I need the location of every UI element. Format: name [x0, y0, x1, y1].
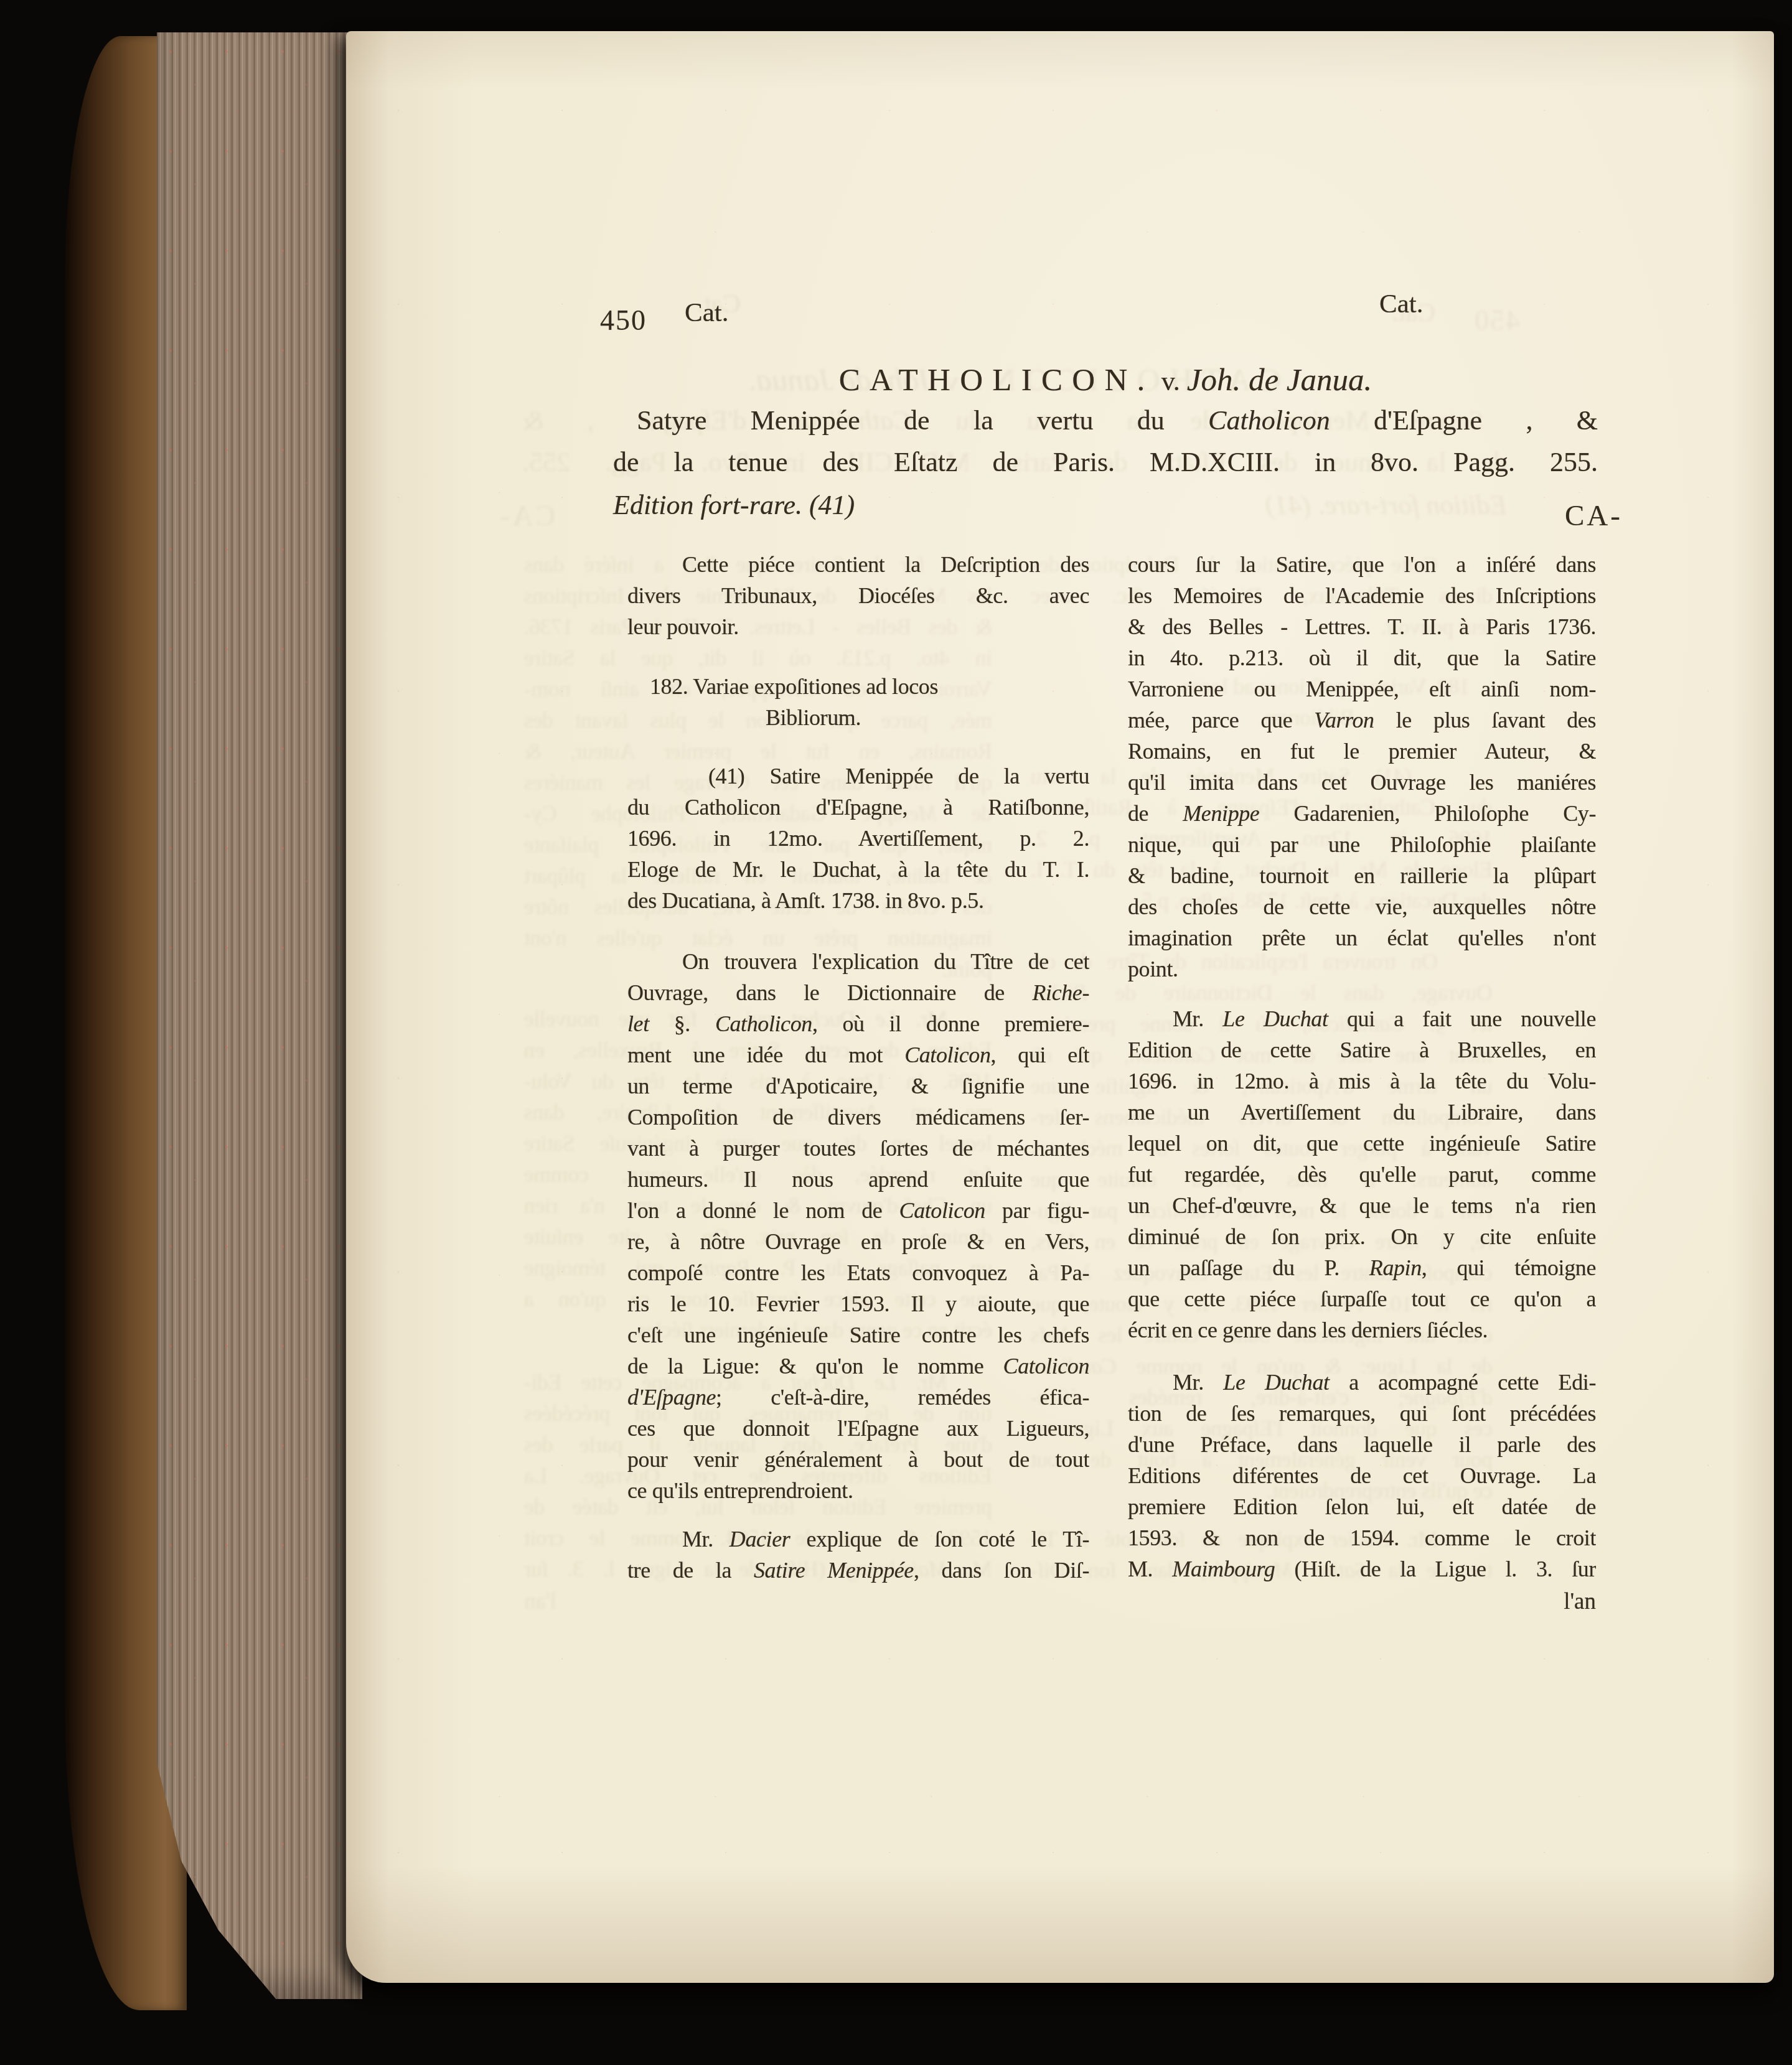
text-segment: les Memoires de l'Academie des Inſcripti… — [1128, 583, 1596, 608]
text-line: de la Ligue: & qu'on le nomme Catolicon — [627, 1351, 1089, 1382]
text-segment: Maimbourg — [1172, 1557, 1275, 1581]
text-segment: mée, parce que — [1128, 708, 1314, 733]
text-segment: le plus ſavant des — [1374, 708, 1596, 733]
text-segment: que cette piéce ſurpaſſe tout ce qu'on a — [1128, 1286, 1596, 1311]
text-segment: Varroniene ou Menippée, eſt ainſi nom- — [1128, 677, 1596, 701]
text-segment: vant à purger toutes ſortes de méchantes — [627, 1136, 1089, 1161]
book-page: 450 Cat. Cat. CATHOLICON. v. Joh. de Jan… — [346, 31, 1774, 1983]
text-segment: du Catholicon d'Eſpagne, à Ratiſbonne, — [627, 795, 1089, 820]
text-line: Mr. Le Duchat qui a fait une nouvelle — [1128, 1003, 1596, 1034]
text-segment: Mr. — [1173, 1370, 1223, 1395]
text-segment: explique de ſon coté le Tî- — [790, 1527, 1089, 1552]
text-line: un terme d'Apoticaire, & ſignifie une — [627, 1070, 1089, 1102]
text-segment: in 4to. p.213. où il dit, que la Satire — [1128, 645, 1596, 670]
text-line: On trouvera l'explication du Tître de ce… — [627, 946, 1089, 977]
text-segment: Joh. de Janua. — [1187, 363, 1372, 398]
text-segment: c'eſt une ingénieuſe Satire contre les c… — [627, 1323, 1089, 1347]
text-segment: CATHOLICON. — [839, 363, 1155, 398]
text-line: ce qu'ils entreprendroient. — [627, 1475, 1089, 1506]
text-segment: point. — [1128, 957, 1178, 981]
text-segment: , qui témoigne — [1422, 1255, 1596, 1280]
text-line: d'Eſpagne; c'eſt-à-dire, remédes éfica- — [627, 1382, 1089, 1413]
text-segment: & des Belles - Lettres. T. II. à Paris 1… — [1128, 614, 1596, 639]
text-line: compoſé contre les Etats convoquez à Pa- — [627, 1257, 1089, 1288]
paragraph: On trouvera l'explication du Tître de ce… — [627, 946, 1089, 1506]
text-line: M. Maimbourg (Hiſt. de la Ligue l. 3. ſu… — [1128, 1553, 1596, 1585]
text-line: du Catholicon d'Eſpagne, à Ratiſbonne, — [627, 792, 1089, 823]
text-segment: de la tenue des Eſtatz de Paris. M.D.XCI… — [613, 447, 1598, 477]
text-line: pour venir généralement à bout de tout — [627, 1444, 1089, 1475]
text-segment: Romains, en fut le premier Auteur, & — [1128, 739, 1596, 764]
text-segment: Catholicon — [1208, 405, 1330, 436]
column-right: cours ſur la Satire, que l'on a inſéré d… — [1128, 549, 1596, 1585]
text-line: vant à purger toutes ſortes de méchantes — [627, 1133, 1089, 1164]
text-segment: ce qu'ils entreprendroient. — [627, 1478, 853, 1503]
text-line: écrit en ce genre dans les derniers ſiéc… — [1128, 1314, 1596, 1346]
text-segment: premiere Edition ſelon lui, eſt datée de — [1128, 1494, 1596, 1519]
text-line: Edition de cette Satire à Bruxelles, en — [1128, 1034, 1596, 1065]
scanner-background: 450 Cat. Cat. CATHOLICON. v. Joh. de Jan… — [0, 0, 1792, 2065]
text-segment: Cette piéce contient la Deſcription des — [682, 552, 1089, 577]
text-segment: Varron — [1314, 708, 1374, 733]
text-line: nique, qui par une Philoſophie plaiſante — [1128, 829, 1596, 860]
text-segment: Eloge de Mr. le Duchat, à la tête du T. … — [627, 857, 1089, 882]
text-line: imagination prête un éclat qu'elles n'on… — [1128, 922, 1596, 953]
text-segment: v. — [1155, 366, 1187, 396]
text-line: Ouvrage, dans le Dictionnaire de Riche- — [627, 977, 1089, 1008]
text-line: d'une Préface, dans laquelle il parle de… — [1128, 1429, 1596, 1460]
text-segment: des choſes de cette vie, auxquelles nôtr… — [1128, 894, 1596, 919]
text-line: des Ducatiana, à Amſt. 1738. in 8vo. p.5… — [627, 885, 1089, 916]
text-segment: de — [1128, 801, 1183, 826]
text-segment: (41) Satire Menippée de la vertu — [708, 764, 1089, 789]
text-line: Varroniene ou Menippée, eſt ainſi nom- — [1128, 673, 1596, 705]
text-segment: lequel on dit, que cette ingénieuſe Sati… — [1128, 1131, 1596, 1156]
text-segment: un paſſage du P. — [1128, 1255, 1369, 1280]
text-line: mée, parce que Varron le plus ſavant des — [1128, 705, 1596, 736]
text-segment: Ouvrage, dans le Dictionnaire de — [627, 980, 1032, 1005]
text-segment: Bibliorum. — [766, 705, 861, 730]
text-segment: qui a fait une nouvelle — [1328, 1006, 1597, 1031]
text-segment: Riche- — [1032, 980, 1089, 1005]
text-segment: Compoſition de divers médicamens ſer- — [627, 1105, 1089, 1130]
text-segment: re, à nôtre Ouvrage en proſe & en Vers, — [627, 1229, 1089, 1254]
text-line: 182. Variae expoſitiones ad locos — [627, 671, 1089, 702]
text-segment: a acompagné cette Edi- — [1330, 1370, 1596, 1395]
text-segment: Gadarenien, Philoſophe Cy- — [1259, 801, 1596, 826]
text-segment: par figu- — [985, 1198, 1089, 1223]
text-line: qu'il imita dans cet Ouvrage les maniére… — [1128, 767, 1596, 798]
text-segment: 1696. in 12mo. à mis à la tête du Volu- — [1128, 1069, 1596, 1093]
text-line: Romains, en fut le premier Auteur, & — [1128, 736, 1596, 767]
entry-title-line-2: de la tenue des Eſtatz de Paris. M.D.XCI… — [613, 446, 1598, 478]
text-segment: ; c'eſt-à-dire, remédes éfica- — [716, 1385, 1089, 1410]
text-line: leur pouvoir. — [627, 611, 1089, 642]
page-number: 450 — [600, 304, 647, 337]
text-line: (41) Satire Menippée de la vertu — [627, 761, 1089, 792]
text-segment: Catolicon — [899, 1198, 985, 1223]
text-segment: de la Ligue: & qu'on le nomme — [627, 1354, 1003, 1379]
text-line: divers Tribunaux, Diocéſes &c. avec — [627, 580, 1089, 611]
text-line: let §. Catholicon, où il donne premiere- — [627, 1008, 1089, 1039]
text-segment: (Hiſt. de la Ligue l. 3. ſur — [1275, 1557, 1596, 1581]
text-segment: M. — [1128, 1557, 1172, 1581]
text-line: me un Avertiſſement du Libraire, dans — [1128, 1097, 1596, 1128]
text-segment: ris le 10. Fevrier 1593. Il y aioute, qu… — [627, 1291, 1089, 1316]
text-line: & badine, tournoit en raillerie la plûpa… — [1128, 860, 1596, 891]
text-line: ces que donnoit l'Eſpagne aux Ligueurs, — [627, 1413, 1089, 1444]
text-segment: un terme d'Apoticaire, & ſignifie une — [627, 1074, 1089, 1098]
text-line: cours ſur la Satire, que l'on a inſéré d… — [1128, 549, 1596, 580]
running-head-right: Cat. — [1379, 289, 1423, 319]
text-line: Cette piéce contient la Deſcription des — [627, 549, 1089, 580]
text-line: 1696. in 12mo. Avertiſſement, p. 2. — [627, 823, 1089, 854]
text-segment: me un Avertiſſement du Libraire, dans — [1128, 1100, 1596, 1125]
text-line: les Memoires de l'Academie des Inſcripti… — [1128, 580, 1596, 611]
text-segment: 182. Variae expoſitiones ad locos — [650, 674, 938, 699]
text-segment: diminué de ſon prix. On y cite enſuite — [1128, 1224, 1596, 1249]
text-segment: d'Eſpagne — [627, 1385, 716, 1410]
text-segment: leur pouvoir. — [627, 614, 739, 639]
text-segment: cours ſur la Satire, que l'on a inſéré d… — [1128, 552, 1596, 577]
text-line: in 4to. p.213. où il dit, que la Satire — [1128, 642, 1596, 673]
catchword-bottom: l'an — [1128, 1588, 1596, 1615]
text-line: un paſſage du P. Rapin, qui témoigne — [1128, 1252, 1596, 1283]
text-segment: Le Duchat — [1223, 1370, 1329, 1395]
paragraph: cours ſur la Satire, que l'on a inſéré d… — [1128, 549, 1596, 985]
text-line: ment une idée du mot Catolicon, qui eſt — [627, 1039, 1089, 1070]
text-line: l'on a donné le nom de Catolicon par fig… — [627, 1195, 1089, 1226]
text-line: Eloge de Mr. le Duchat, à la tête du T. … — [627, 854, 1089, 885]
text-segment: d'Eſpagne , & — [1330, 405, 1598, 436]
text-line: un Chef-d'œuvre, & que le tems n'a rien — [1128, 1190, 1596, 1221]
paragraph: Mr. Le Duchat qui a fait une nouvelleEdi… — [1128, 1003, 1596, 1346]
paragraph: 182. Variae expoſitiones ad locosBiblior… — [627, 671, 1089, 733]
page-stack-edge — [157, 32, 362, 1999]
text-segment: Rapin — [1369, 1255, 1422, 1280]
text-segment: imagination prête un éclat qu'elles n'on… — [1128, 925, 1596, 950]
text-segment: & badine, tournoit en raillerie la plûpa… — [1128, 863, 1596, 888]
catchword-mid: CA- — [1565, 499, 1623, 533]
text-line: c'eſt une ingénieuſe Satire contre les c… — [627, 1319, 1089, 1351]
text-segment: Mr. — [1173, 1006, 1222, 1031]
text-segment: pour venir généralement à bout de tout — [627, 1447, 1089, 1472]
text-line: lequel on dit, que cette ingénieuſe Sati… — [1128, 1128, 1596, 1159]
text-segment: divers Tribunaux, Diocéſes &c. avec — [627, 583, 1089, 608]
text-segment: écrit en ce genre dans les derniers ſiéc… — [1128, 1318, 1488, 1342]
text-segment: Menippe — [1183, 801, 1259, 826]
entry-title-line-3: Edition fort-rare. (41) — [613, 489, 1598, 521]
text-segment: humeurs. Il nous aprend enſuite que — [627, 1167, 1089, 1192]
text-segment: , dans ſon Diſ- — [914, 1558, 1089, 1583]
text-segment: un Chef-d'œuvre, & que le tems n'a rien — [1128, 1193, 1596, 1218]
text-line: point. — [1128, 953, 1596, 985]
text-segment: compoſé contre les Etats convoquez à Pa- — [627, 1260, 1089, 1285]
text-segment: Dacier — [729, 1527, 790, 1552]
text-segment: tre de la — [627, 1558, 754, 1583]
text-line: & des Belles - Lettres. T. II. à Paris 1… — [1128, 611, 1596, 642]
text-line: des choſes de cette vie, auxquelles nôtr… — [1128, 891, 1596, 922]
text-line: Mr. Dacier explique de ſon coté le Tî- — [627, 1524, 1089, 1555]
text-segment: ment une idée du mot — [627, 1042, 904, 1067]
text-segment: 1593. & non de 1594. comme le croit — [1128, 1525, 1596, 1550]
text-line: ris le 10. Fevrier 1593. Il y aioute, qu… — [627, 1288, 1089, 1319]
paragraph: (41) Satire Menippée de la vertudu Catho… — [627, 761, 1089, 916]
text-segment: §. — [649, 1011, 715, 1036]
text-segment: d'une Préface, dans laquelle il parle de… — [1128, 1432, 1596, 1457]
column-left: Cette piéce contient la Deſcription desd… — [627, 549, 1089, 1586]
text-segment: , où il donne premiere- — [812, 1011, 1089, 1036]
page-text-layer: 450 Cat. Cat. CATHOLICON. v. Joh. de Jan… — [346, 31, 1774, 1983]
text-segment: ces que donnoit l'Eſpagne aux Ligueurs, — [627, 1416, 1089, 1441]
text-line: 1696. in 12mo. à mis à la tête du Volu- — [1128, 1065, 1596, 1097]
text-segment: Le Duchat — [1222, 1006, 1328, 1031]
text-segment: Catolicon — [904, 1042, 990, 1067]
text-segment: Catolicon — [1003, 1354, 1089, 1379]
text-segment: qu'il imita dans cet Ouvrage les maniére… — [1128, 770, 1596, 795]
text-line: Editions diférentes de cet Ouvrage. La — [1128, 1460, 1596, 1491]
paragraph: Cette piéce contient la Deſcription desd… — [627, 549, 1089, 642]
text-segment: fut regardée, dès qu'elle parut, comme — [1128, 1162, 1596, 1187]
text-segment: Catholicon — [715, 1011, 812, 1036]
paragraph: Mr. Le Duchat a acompagné cette Edi-tion… — [1128, 1367, 1596, 1585]
text-segment: Edition fort-rare. (41) — [613, 490, 855, 520]
text-segment: On trouvera l'explication du Tître de ce… — [682, 949, 1089, 974]
text-segment: let — [627, 1011, 649, 1036]
text-line: diminué de ſon prix. On y cite enſuite — [1128, 1221, 1596, 1252]
text-segment: nique, qui par une Philoſophie plaiſante — [1128, 832, 1596, 857]
text-segment: l'on a donné le nom de — [627, 1198, 899, 1223]
text-segment: Edition de cette Satire à Bruxelles, en — [1128, 1037, 1596, 1062]
text-line: que cette piéce ſurpaſſe tout ce qu'on a — [1128, 1283, 1596, 1314]
text-segment: Satire Menippée — [754, 1558, 914, 1583]
paragraph: Mr. Dacier explique de ſon coté le Tî-tr… — [627, 1524, 1089, 1586]
entry-title-line-1: Satyre Menippée de la vertu du Catholico… — [613, 405, 1598, 436]
text-line: 1593. & non de 1594. comme le croit — [1128, 1522, 1596, 1553]
text-segment: des Ducatiana, à Amſt. 1738. in 8vo. p.5… — [627, 888, 984, 913]
text-segment: Mr. — [682, 1527, 729, 1552]
running-head-left: Cat. — [685, 297, 728, 328]
text-line: premiere Edition ſelon lui, eſt datée de — [1128, 1491, 1596, 1522]
text-line: Bibliorum. — [627, 702, 1089, 733]
text-segment: Satyre Menippée de la vertu du — [637, 405, 1208, 436]
text-line: tre de la Satire Menippée, dans ſon Diſ- — [627, 1555, 1089, 1586]
text-line: fut regardée, dès qu'elle parut, comme — [1128, 1159, 1596, 1190]
text-line: tion de ſes remarques, qui ſont précédée… — [1128, 1398, 1596, 1429]
entry-heading: CATHOLICON. v. Joh. de Janua. — [613, 362, 1598, 398]
text-line: Mr. Le Duchat a acompagné cette Edi- — [1128, 1367, 1596, 1398]
text-segment: Editions diférentes de cet Ouvrage. La — [1128, 1463, 1596, 1488]
text-segment: , qui eſt — [991, 1042, 1089, 1067]
text-segment: 1696. in 12mo. Avertiſſement, p. 2. — [627, 826, 1089, 851]
text-line: re, à nôtre Ouvrage en proſe & en Vers, — [627, 1226, 1089, 1257]
text-line: humeurs. Il nous aprend enſuite que — [627, 1164, 1089, 1195]
text-line: de Menippe Gadarenien, Philoſophe Cy- — [1128, 798, 1596, 829]
text-line: Compoſition de divers médicamens ſer- — [627, 1102, 1089, 1133]
text-segment: tion de ſes remarques, qui ſont précédée… — [1128, 1401, 1596, 1426]
